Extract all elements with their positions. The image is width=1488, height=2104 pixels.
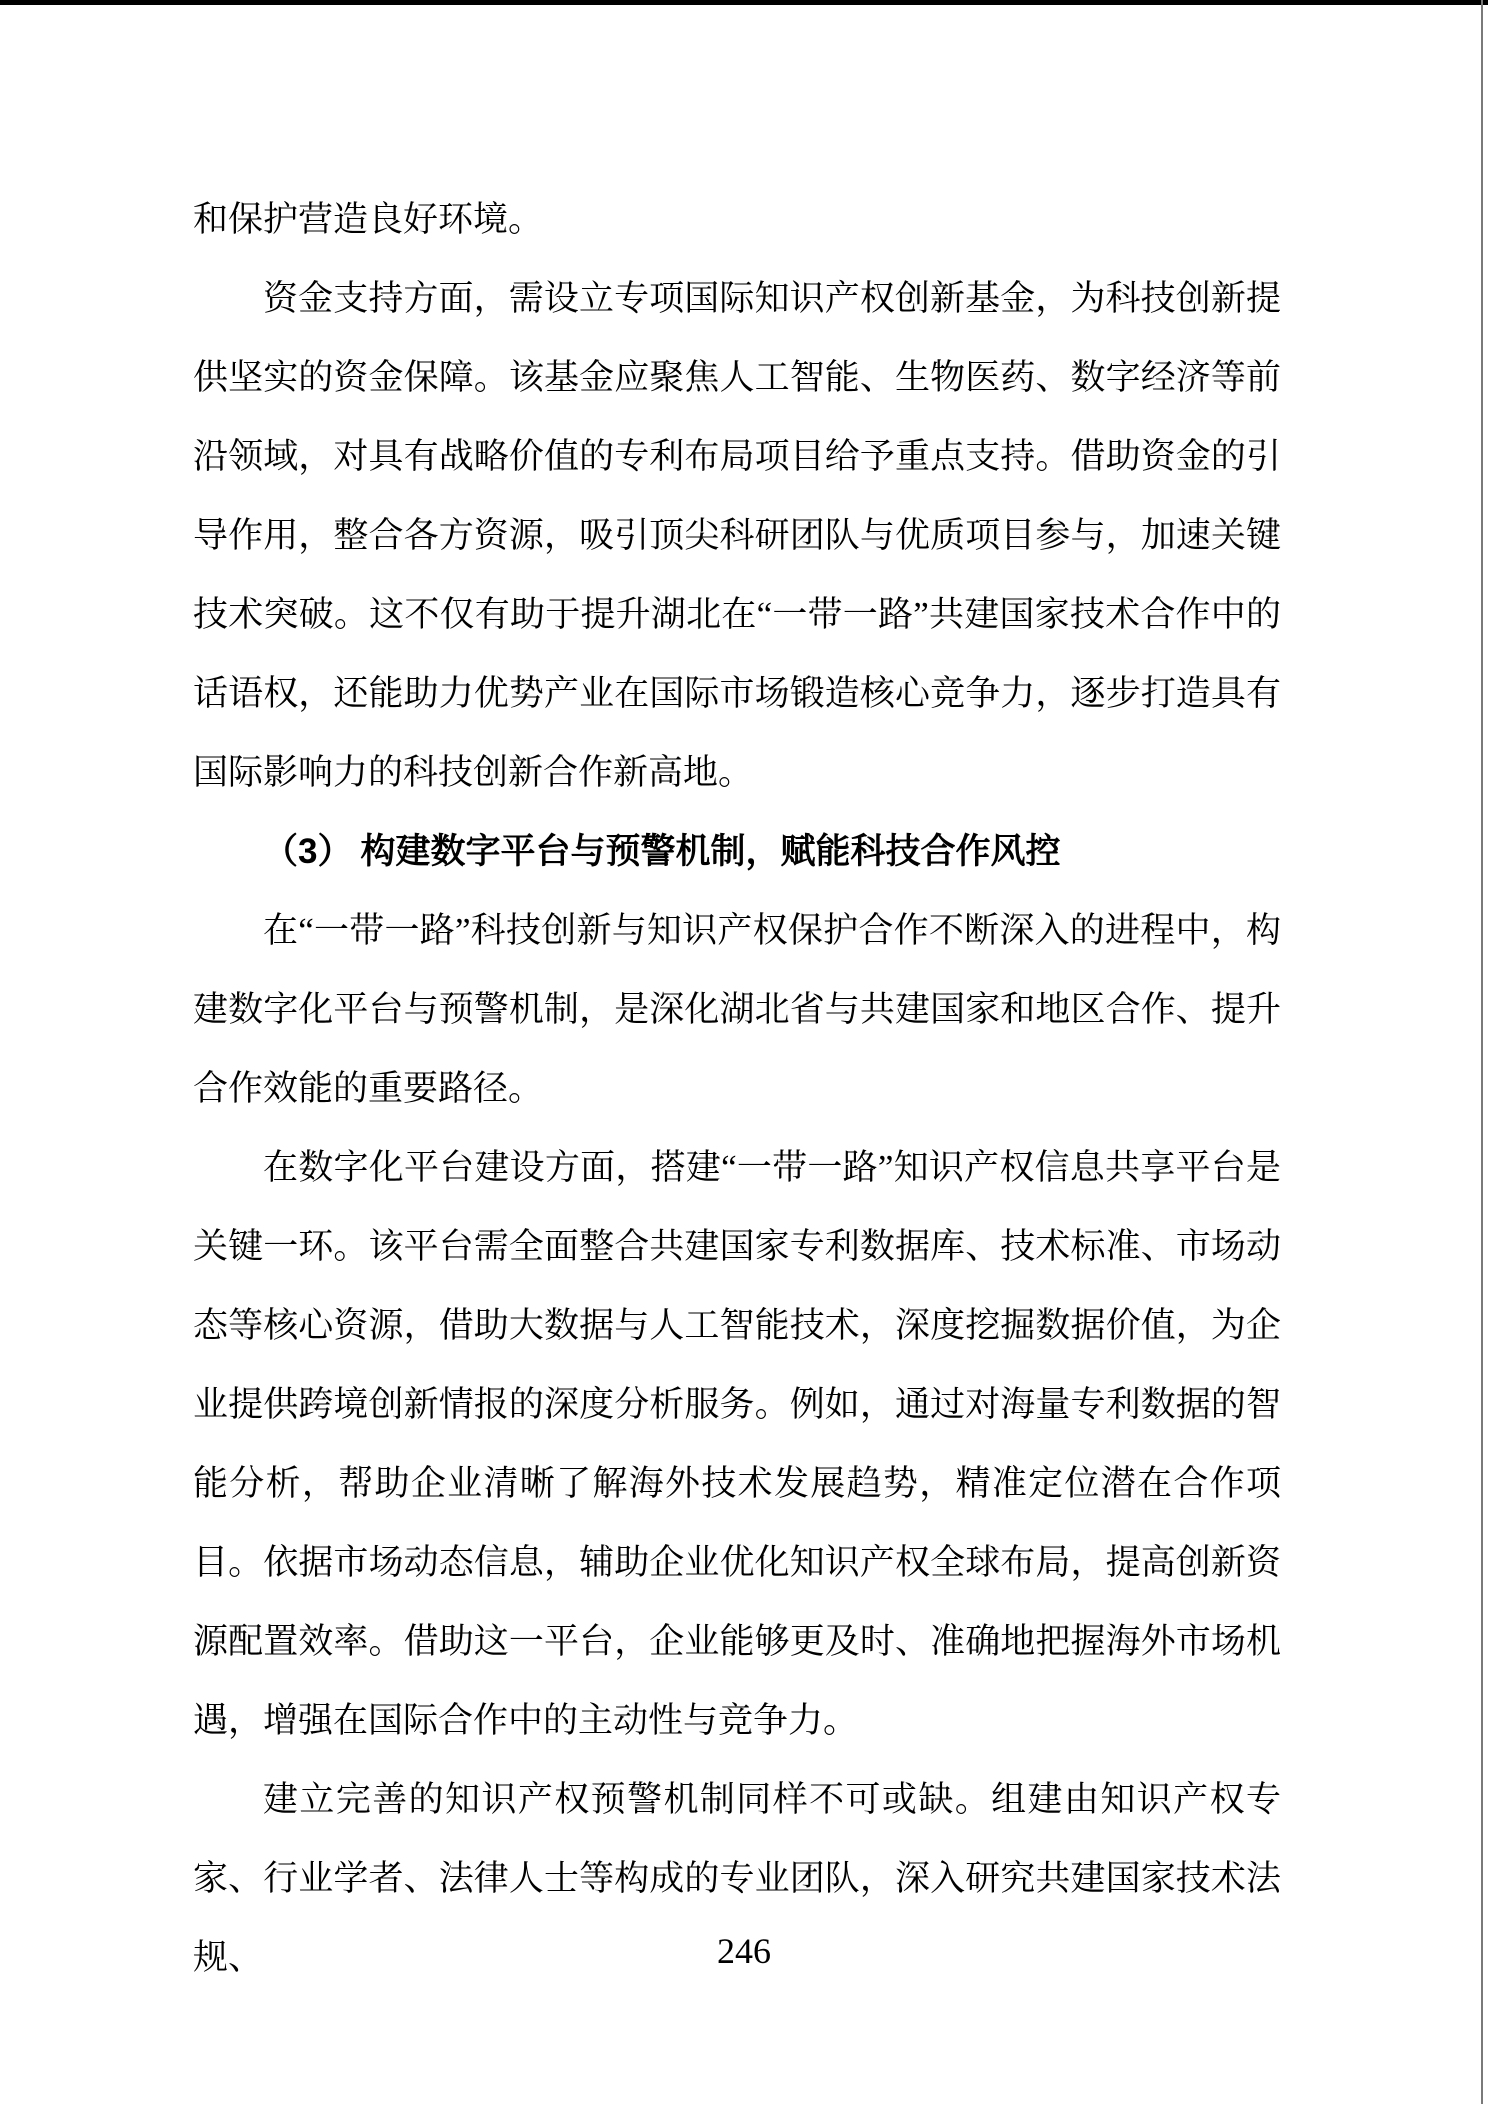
paragraph-digital-platform-intro: 在“一带一路”科技创新与知识产权保护合作不断深入的进程中，构建数字化平台与预警机… bbox=[193, 891, 1281, 1128]
page-footer: 246 bbox=[0, 1912, 1488, 1991]
paragraph-platform-construction: 在数字化平台建设方面，搭建“一带一路”知识产权信息共享平台是关键一环。该平台需全… bbox=[193, 1128, 1281, 1760]
scan-edge-right-line bbox=[1481, 0, 1483, 2104]
document-page: 和保护营造良好环境。 资金支持方面，需设立专项国际知识产权创新基金，为科技创新提… bbox=[0, 0, 1488, 2104]
scan-edge-top-bar bbox=[0, 0, 1488, 5]
section-heading-title: 构建数字平台与预警机制，赋能科技合作风控 bbox=[360, 832, 1060, 871]
body-text: 和保护营造良好环境。 资金支持方面，需设立专项国际知识产权创新基金，为科技创新提… bbox=[193, 180, 1281, 1997]
paragraph-continuation: 和保护营造良好环境。 bbox=[193, 180, 1281, 259]
section-heading: （3）构建数字平台与预警机制，赋能科技合作风控 bbox=[193, 812, 1281, 891]
page-number: 246 bbox=[717, 1931, 771, 1971]
paragraph-funding-support: 资金支持方面，需设立专项国际知识产权创新基金，为科技创新提供坚实的资金保障。该基… bbox=[193, 259, 1281, 812]
section-heading-number: （3） bbox=[263, 832, 352, 871]
